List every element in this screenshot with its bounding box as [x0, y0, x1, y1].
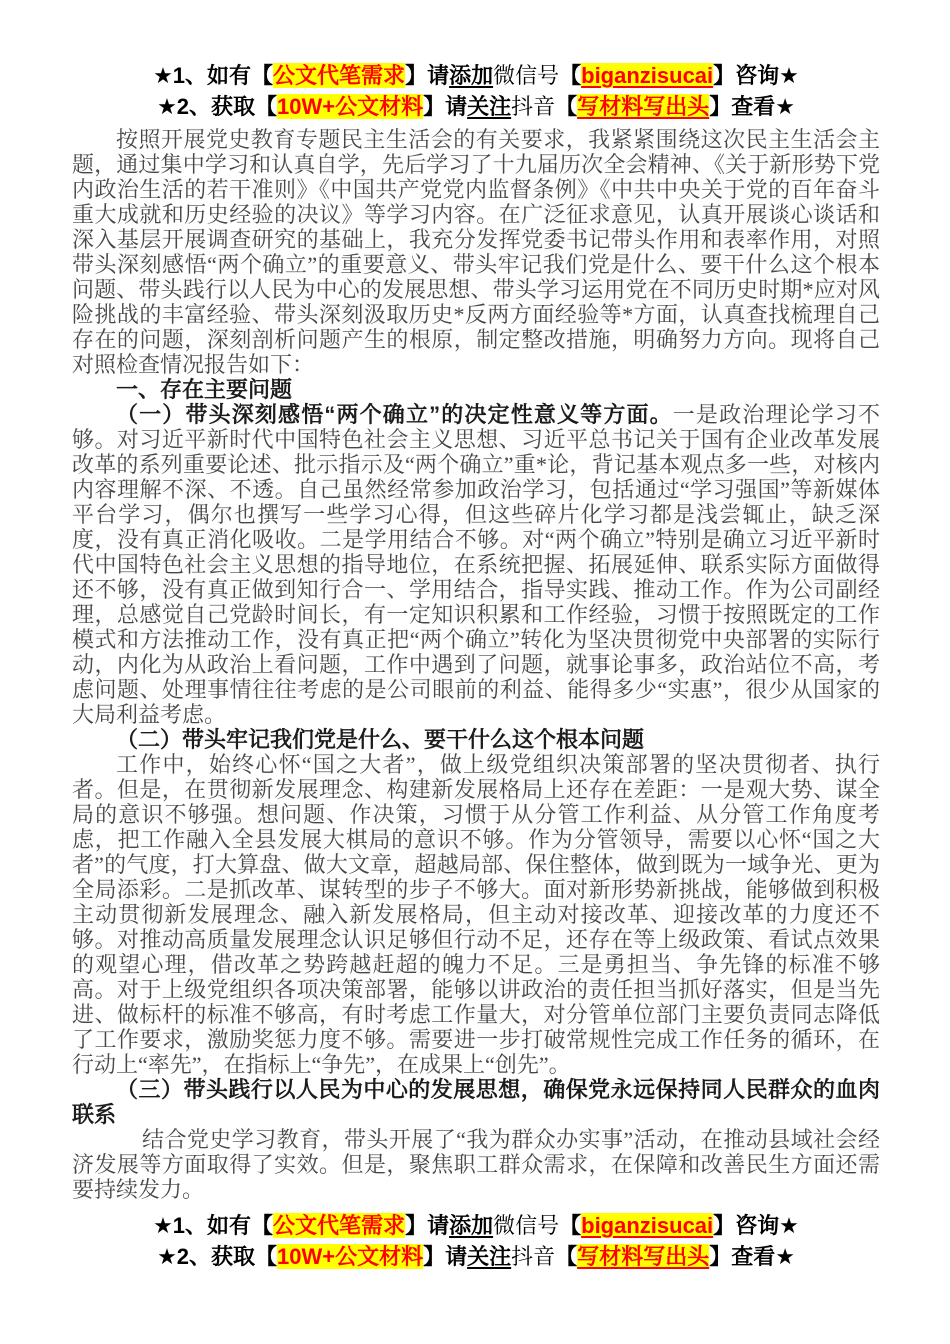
promo-text: ★1、如有【: [153, 63, 273, 88]
bold-run: 一、存在主要问题: [116, 377, 292, 402]
promo-highlight-text: 公文代笔需求: [273, 1213, 405, 1238]
bold-run: （二）带头牢记我们党是什么、要干什么这个根本问题: [116, 727, 644, 752]
section-heading-1: 一、存在主要问题: [72, 377, 880, 402]
text-run: 按照开展党史教育专题民主生活会的有关要求，我紧紧围绕这次民主生活会主题，通过集中…: [72, 127, 880, 377]
promo-text: 微信号: [493, 63, 559, 88]
promo-highlight-text: 写材料写出头: [577, 94, 709, 119]
opening-paragraph: 按照开展党史教育专题民主生活会的有关要求，我紧紧围绕这次民主生活会主题，通过集中…: [72, 127, 880, 377]
subsection-3-heading: （三）带头践行以人民为中心的发展思想，确保党永远保持同人民群众的血肉联系: [72, 1077, 880, 1127]
promo-line-1-top: ★1、如有【公文代笔需求】请添加微信号【biganzisucai】咨询★: [72, 60, 880, 91]
subsection-3-paragraph: 结合党史学习教育，带头开展了“我为群众办实事”活动，在推动县域社会经济发展等方面…: [72, 1127, 880, 1202]
promo-text: 关注: [467, 1244, 511, 1269]
bold-run: （一）带头深刻感悟“两个确立”的决定性意义等方面。: [116, 402, 673, 427]
promo-text: 【: [555, 1244, 577, 1269]
text-run: 一是政治理论学习不够。对习近平新时代中国特色社会主义思想、习近平总书记关于国有企…: [72, 402, 880, 727]
promo-text: 添加: [449, 1213, 493, 1238]
document-page: ★1、如有【公文代笔需求】请添加微信号【biganzisucai】咨询★★2、获…: [0, 0, 950, 1344]
subsection-2-paragraph: 工作中，始终心怀“国之大者”，做上级党组织决策部署的坚决贯彻者、执行者。但是，在…: [72, 752, 880, 1077]
promo-text: 】请: [423, 1244, 467, 1269]
promo-highlight-text: 公文代笔需求: [273, 63, 405, 88]
subsection-2-heading: （二）带头牢记我们党是什么、要干什么这个根本问题: [72, 727, 880, 752]
promo-text: 微信号: [493, 1213, 559, 1238]
promo-text: 】查看★: [709, 1244, 795, 1269]
promo-text: 关注: [467, 94, 511, 119]
promo-footer: ★1、如有【公文代笔需求】请添加微信号【biganzisucai】咨询★★2、获…: [72, 1210, 880, 1272]
promo-highlight-text: 写材料写出头: [577, 1244, 709, 1269]
promo-text: 】请: [423, 94, 467, 119]
promo-header: ★1、如有【公文代笔需求】请添加微信号【biganzisucai】咨询★★2、获…: [72, 60, 880, 122]
promo-text: 】咨询★: [713, 63, 799, 88]
text-run: 结合党史学习教育，带头开展了“我为群众办实事”活动，在推动县域社会经济发展等方面…: [72, 1127, 880, 1202]
promo-text: 】咨询★: [713, 1213, 799, 1238]
promo-highlight-text: biganzisucai: [581, 63, 713, 88]
promo-text: 【: [559, 1213, 581, 1238]
promo-line-2-bottom: ★2、获取【10W+公文材料】请关注抖音【写材料写出头】查看★: [72, 1241, 880, 1272]
bold-run: （三）带头践行以人民为中心的发展思想，确保党永远保持同人民群众的血肉联系: [72, 1077, 880, 1127]
promo-text: 【: [555, 94, 577, 119]
promo-text: ★2、获取【: [157, 94, 277, 119]
promo-text: 【: [559, 63, 581, 88]
promo-text: ★2、获取【: [157, 1244, 277, 1269]
promo-text: 】请: [405, 63, 449, 88]
promo-highlight-text: 10W+公文材料: [277, 94, 423, 119]
promo-text: 抖音: [511, 94, 555, 119]
promo-line-2-top: ★2、获取【10W+公文材料】请关注抖音【写材料写出头】查看★: [72, 91, 880, 122]
promo-text: 添加: [449, 63, 493, 88]
promo-text: 】查看★: [709, 94, 795, 119]
promo-line-1-bottom: ★1、如有【公文代笔需求】请添加微信号【biganzisucai】咨询★: [72, 1210, 880, 1241]
promo-text: 】请: [405, 1213, 449, 1238]
promo-text: 抖音: [511, 1244, 555, 1269]
subsection-1-paragraph: （一）带头深刻感悟“两个确立”的决定性意义等方面。一是政治理论学习不够。对习近平…: [72, 402, 880, 727]
text-run: 工作中，始终心怀“国之大者”，做上级党组织决策部署的坚决贯彻者、执行者。但是，在…: [72, 752, 880, 1077]
document-body: 按照开展党史教育专题民主生活会的有关要求，我紧紧围绕这次民主生活会主题，通过集中…: [72, 127, 880, 1202]
promo-text: ★1、如有【: [153, 1213, 273, 1238]
promo-highlight-text: biganzisucai: [581, 1213, 713, 1238]
promo-highlight-text: 10W+公文材料: [277, 1244, 423, 1269]
